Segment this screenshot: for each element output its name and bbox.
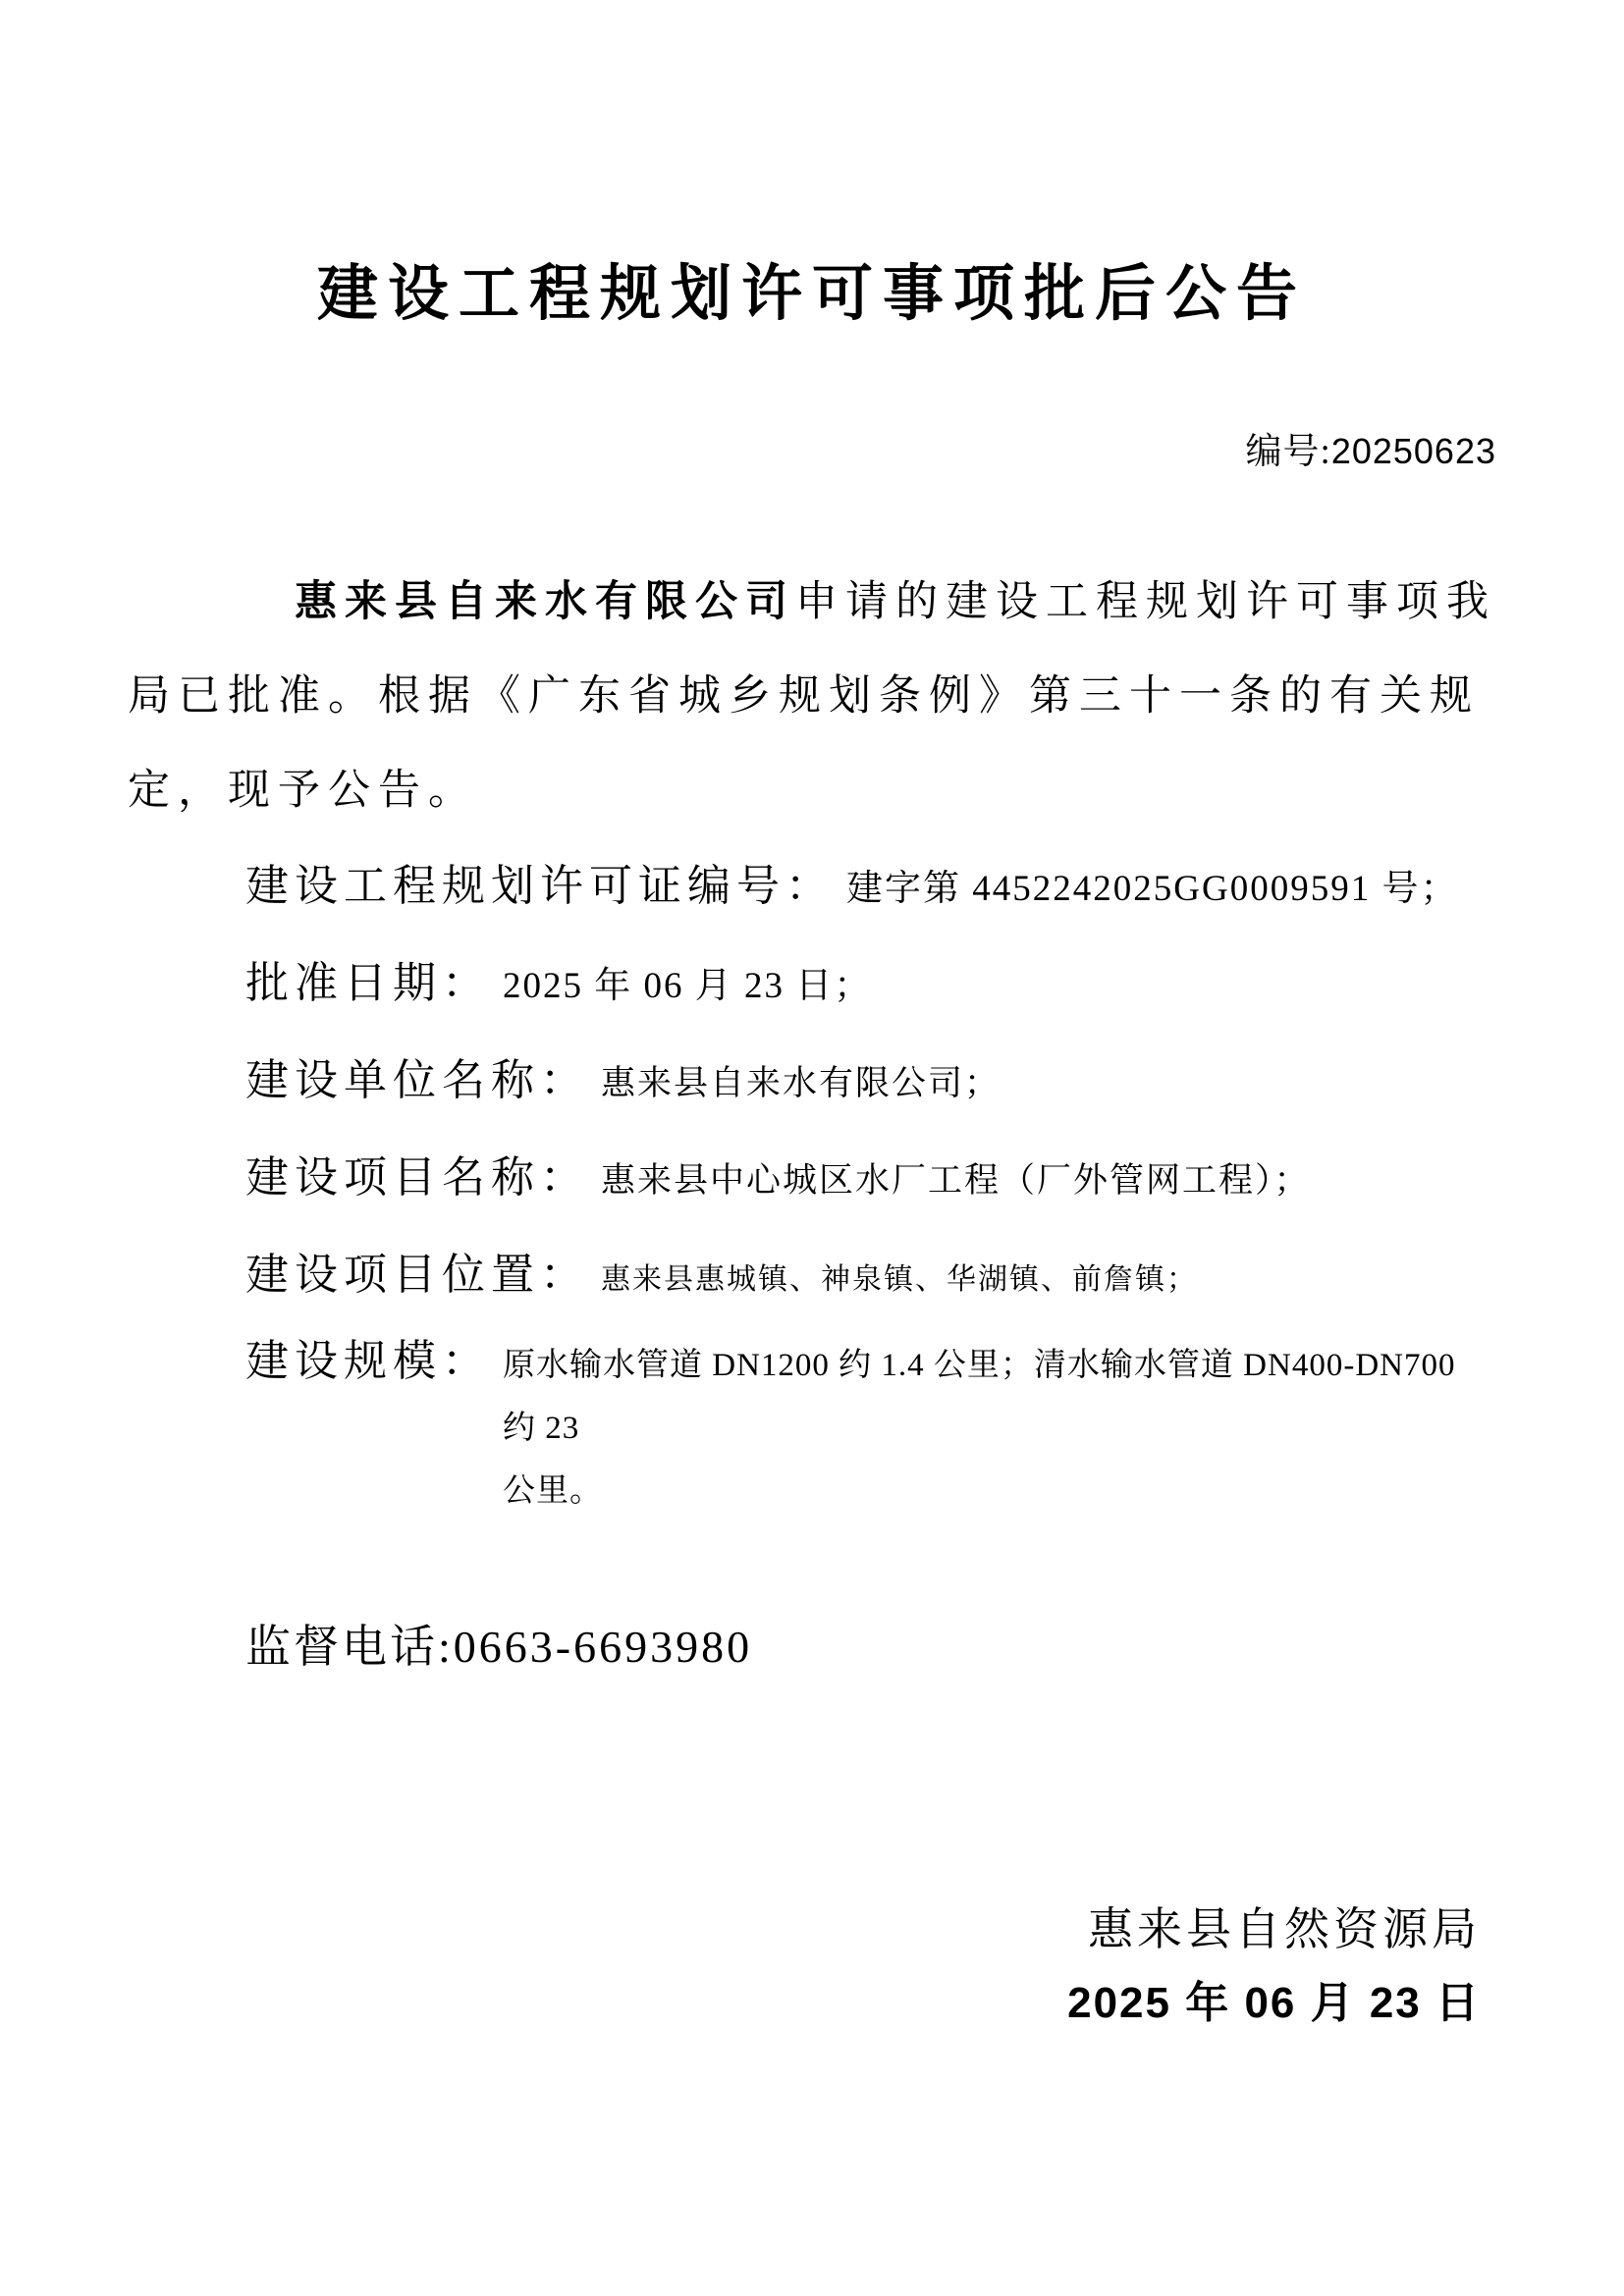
signature-block: 惠来县自然资源局 2025 年 06 月 23 日 — [128, 1901, 1496, 2032]
supervision-phone-line: 监督电话:0663-6693980 — [245, 1620, 1496, 1675]
field-project-scale: 建设规模：原水输水管道 DN1200 约 1.4 公里；清水输水管道 DN400… — [245, 1334, 1496, 1522]
field-project-scale-value-line-1: 原水输水管道 DN1200 约 1.4 公里；清水输水管道 DN400-DN70… — [503, 1334, 1496, 1460]
fields-section: 建设工程规划许可证编号：建字第 4452242025GG0009591 号； 批… — [128, 860, 1496, 1522]
field-project-location-label: 建设项目位置： — [245, 1251, 589, 1299]
field-project-scale-value-line-2: 公里。 — [503, 1460, 1496, 1522]
field-project-scale-label: 建设规模： — [245, 1335, 491, 1388]
paragraph-line-1-text: 申请的建设工程规划许可事项我 — [795, 579, 1496, 625]
paragraph-line-3: 定，现予公告。 — [128, 744, 1496, 838]
notice-document: 建设工程规划许可事项批后公告 编号:20250623 惠来县自来水有限公司申请的… — [0, 0, 1624, 2296]
doc-number-label: 编号: — [1246, 432, 1331, 472]
supervision-phone-label: 监督电话: — [245, 1622, 454, 1672]
field-project-name: 建设项目名称：惠来县中心城区水厂工程（厂外管网工程）； — [245, 1151, 1496, 1207]
field-permit-number: 建设工程规划许可证编号：建字第 4452242025GG0009591 号； — [245, 860, 1496, 916]
applicant-name-bold: 惠来县自来水有限公司 — [295, 578, 795, 625]
field-project-scale-value: 原水输水管道 DN1200 约 1.4 公里；清水输水管道 DN400-DN70… — [503, 1334, 1496, 1522]
field-project-location-value: 惠来县惠城镇、神泉镇、华湖镇、前詹镇； — [601, 1263, 1198, 1296]
field-project-name-value: 惠来县中心城区水厂工程（厂外管网工程）； — [601, 1161, 1311, 1200]
field-approval-date-label: 批准日期： — [245, 959, 491, 1007]
field-approval-date: 批准日期：2025 年 06 月 23 日； — [245, 957, 1496, 1013]
issuing-authority: 惠来县自然资源局 — [128, 1901, 1481, 1958]
page-title: 建设工程规划许可事项批后公告 — [128, 263, 1496, 326]
paragraph-line-1: 惠来县自来水有限公司申请的建设工程规划许可事项我 — [128, 555, 1496, 650]
field-approval-date-value: 2025 年 06 月 23 日； — [503, 966, 872, 1006]
supervision-phone-value: 0663-6693980 — [454, 1622, 752, 1672]
field-builder-name-label: 建设单位名称： — [245, 1056, 589, 1104]
doc-number-value: 20250623 — [1331, 431, 1496, 471]
field-project-location: 建设项目位置：惠来县惠城镇、神泉镇、华湖镇、前詹镇； — [245, 1249, 1496, 1307]
field-permit-number-label: 建设工程规划许可证编号： — [245, 862, 835, 910]
field-builder-name-value: 惠来县自来水有限公司； — [601, 1064, 1001, 1102]
paragraph-line-2: 局已批准。根据《广东省城乡规划条例》第三十一条的有关规 — [128, 650, 1496, 744]
doc-number-line: 编号:20250623 — [128, 430, 1496, 474]
field-project-name-label: 建设项目名称： — [245, 1153, 589, 1201]
field-builder-name: 建设单位名称：惠来县自来水有限公司； — [245, 1054, 1496, 1110]
body-paragraph: 惠来县自来水有限公司申请的建设工程规划许可事项我 局已批准。根据《广东省城乡规划… — [128, 555, 1496, 838]
issue-date: 2025 年 06 月 23 日 — [128, 1975, 1481, 2032]
field-permit-number-value: 建字第 4452242025GG0009591 号； — [846, 869, 1458, 909]
